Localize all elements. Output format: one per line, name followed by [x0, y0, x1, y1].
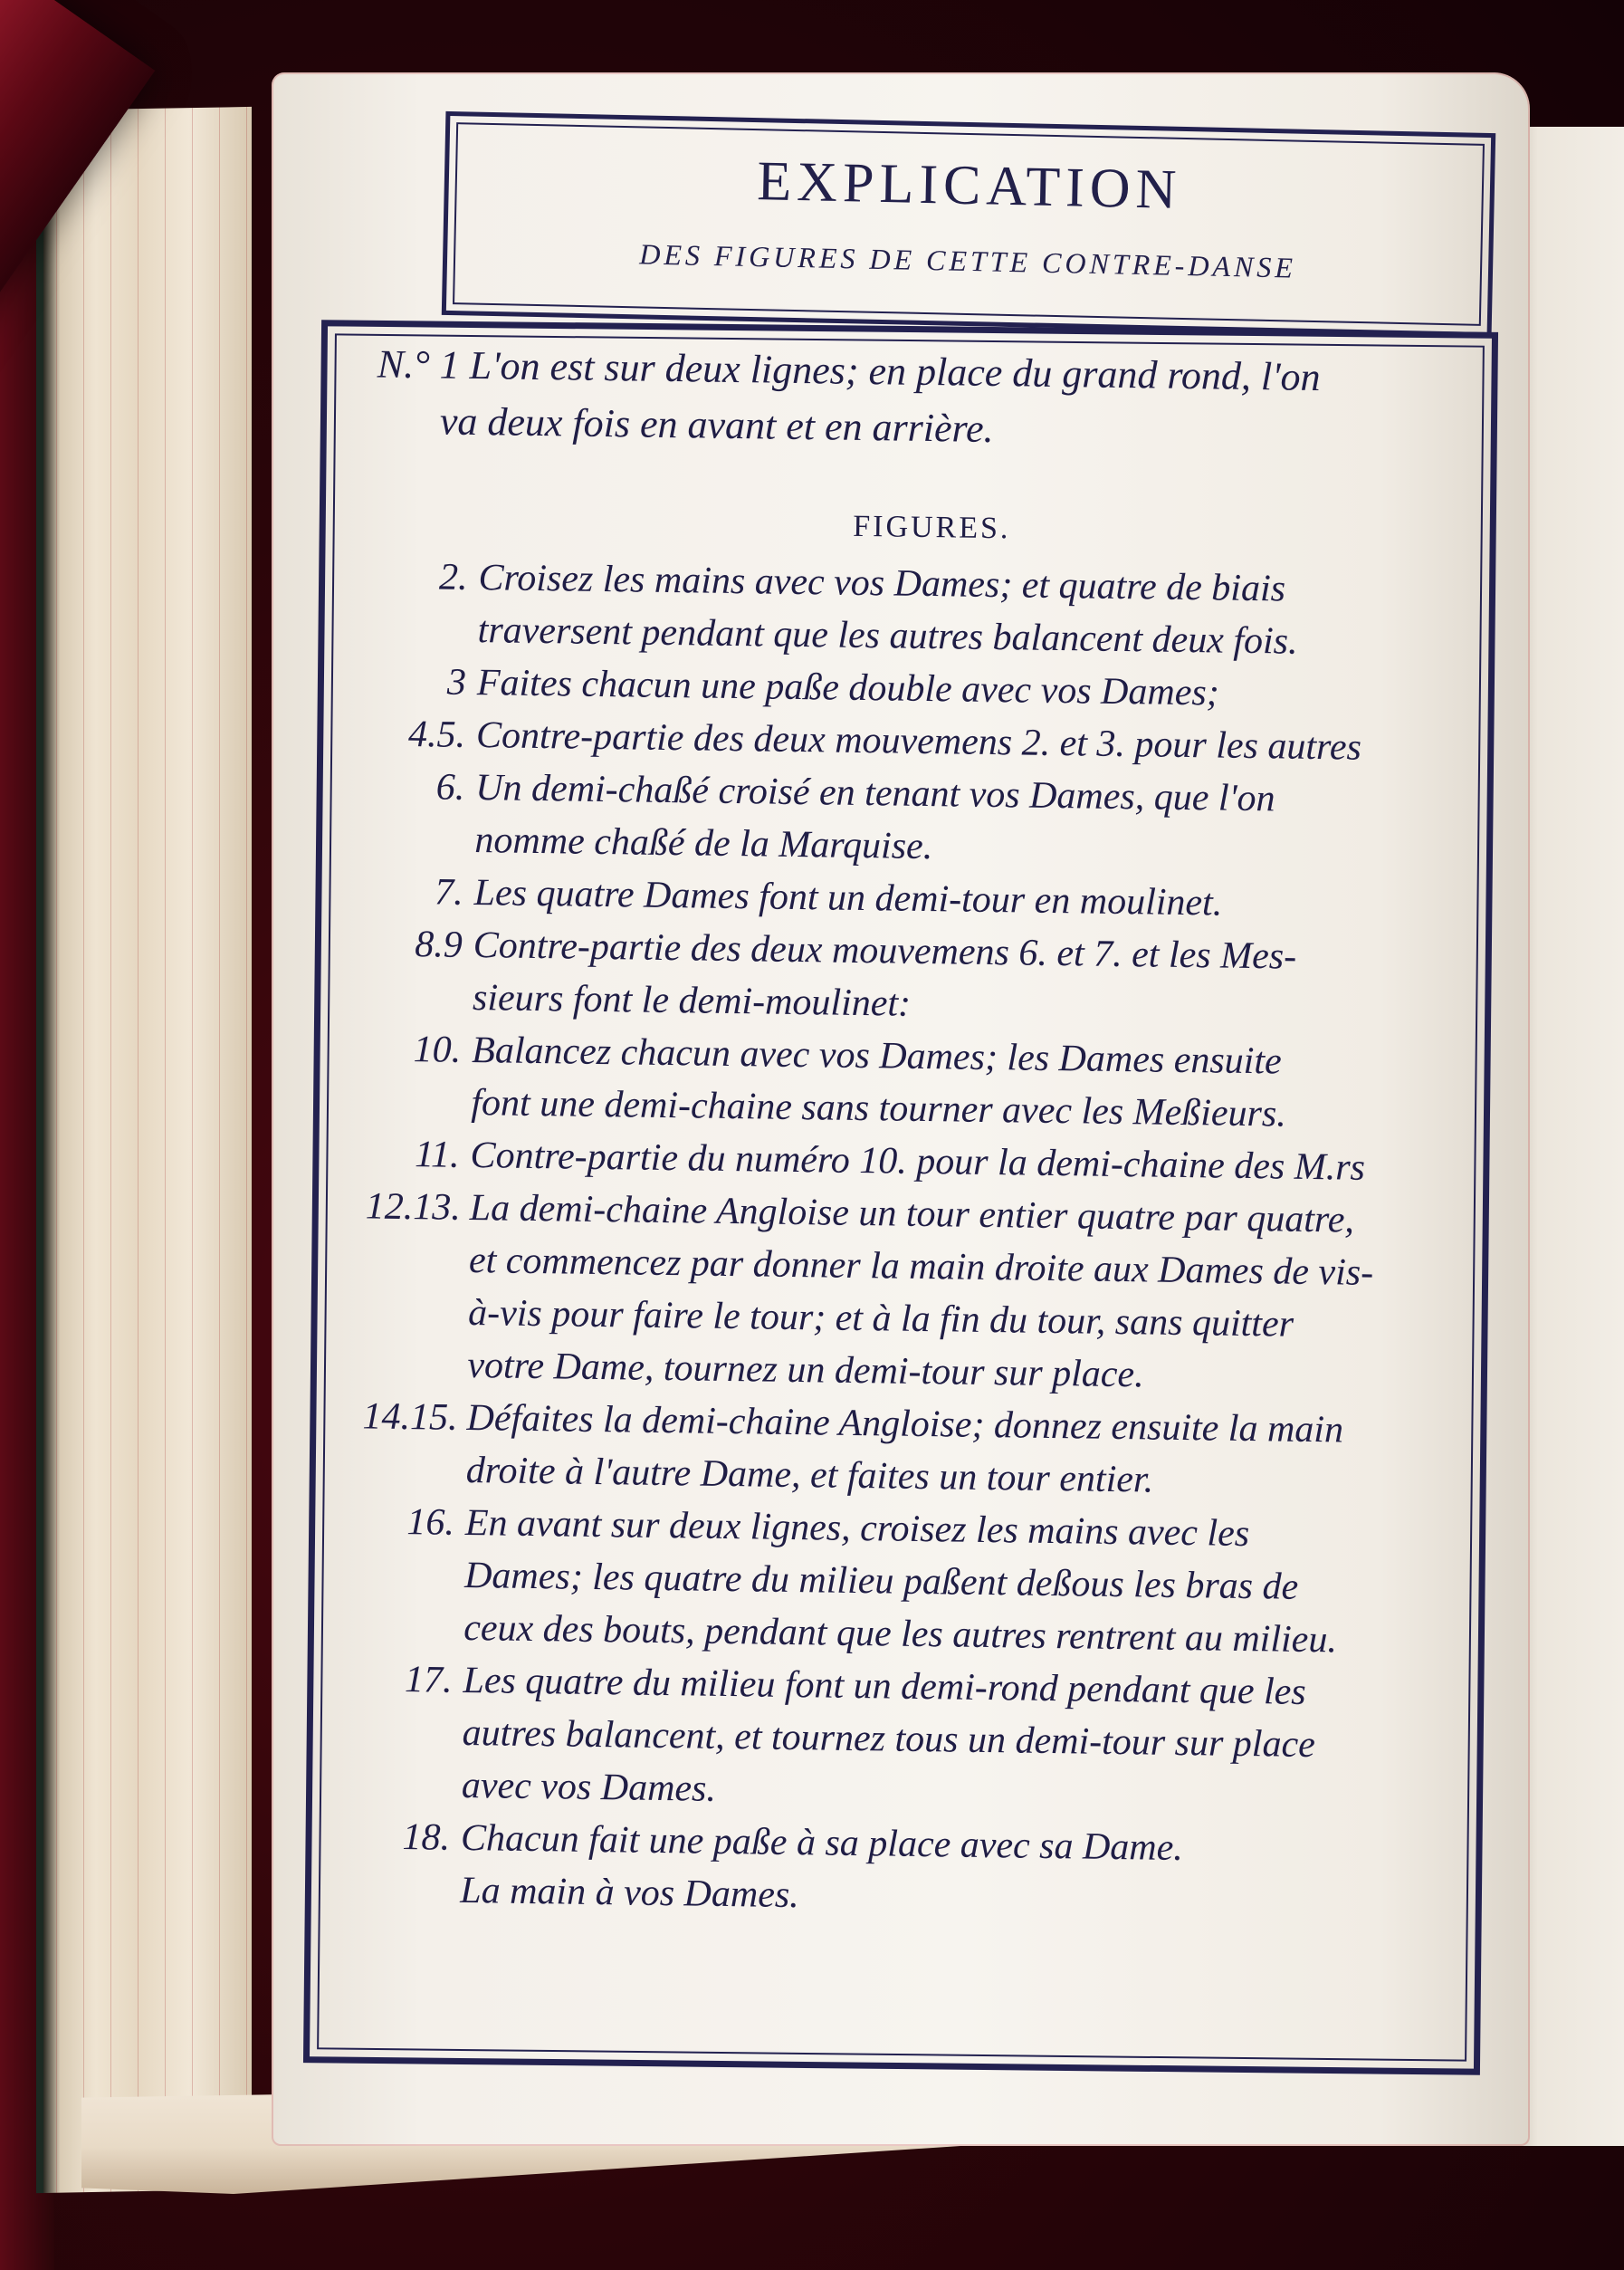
figure-number: 12.13. — [363, 1180, 470, 1392]
figure-number: 8.9 — [368, 917, 474, 1024]
figure-item: 12.13. La demi-chaine Angloise un tour e… — [363, 1180, 1479, 1405]
page-title: EXPLICATION — [448, 143, 1490, 229]
figure-item: 6. Un demi-chaßé croisé en tenant vos Da… — [370, 760, 1485, 880]
figure-number: 4.5. — [372, 707, 477, 761]
section-heading: FIGURES. — [375, 503, 1488, 552]
intro-line: L'on est sur deux lignes; en place du gr… — [469, 343, 1320, 399]
intro-paragraph: N.° 1 L'on est sur deux lignes; en place… — [439, 337, 1491, 464]
figure-number: 18. — [357, 1810, 462, 1864]
figure-item: 14.15. Défaites la demi-chaine Angloise;… — [361, 1390, 1476, 1510]
book-photo-scene: EXPLICATION DES FIGURES DE CETTE CONTRE-… — [0, 0, 1624, 2270]
figure-number: 3 — [373, 655, 478, 709]
figure-item: 2. Croisez les mains avec vos Dames; et … — [373, 550, 1487, 670]
figure-number: 2. — [373, 550, 479, 656]
figure-item: 10. Balancez chacun avec vos Dames; les … — [367, 1022, 1481, 1143]
title-cartouche: EXPLICATION DES FIGURES DE CETTE CONTRE-… — [442, 111, 1495, 337]
figure-number: 7. — [369, 865, 474, 919]
figure-number: 14.15. — [361, 1390, 467, 1497]
figure-item: 17. Les quatre du milieu font un demi-ro… — [358, 1652, 1473, 1825]
page-edges-left — [36, 107, 252, 2193]
page-content: N.° 1 L'on est sur deux lignes; en place… — [356, 336, 1491, 1930]
figure-number: 6. — [370, 760, 476, 867]
figure-number: 11. — [366, 1127, 471, 1182]
figure-number: 17. — [358, 1652, 463, 1812]
figure-item: 8.9 Contre-partie des deux mouvemens 6. … — [368, 917, 1483, 1038]
intro-label: N.° 1 — [377, 341, 460, 387]
figure-item: 16. En avant sur deux lignes, croisez le… — [359, 1495, 1475, 1668]
page-subtitle: DES FIGURES DE CETTE CONTRE-DANSE — [447, 234, 1489, 289]
figure-number: 16. — [359, 1495, 465, 1654]
figure-number: 10. — [367, 1022, 473, 1129]
intro-line: va deux fois en avant et en arrière. — [440, 398, 994, 451]
